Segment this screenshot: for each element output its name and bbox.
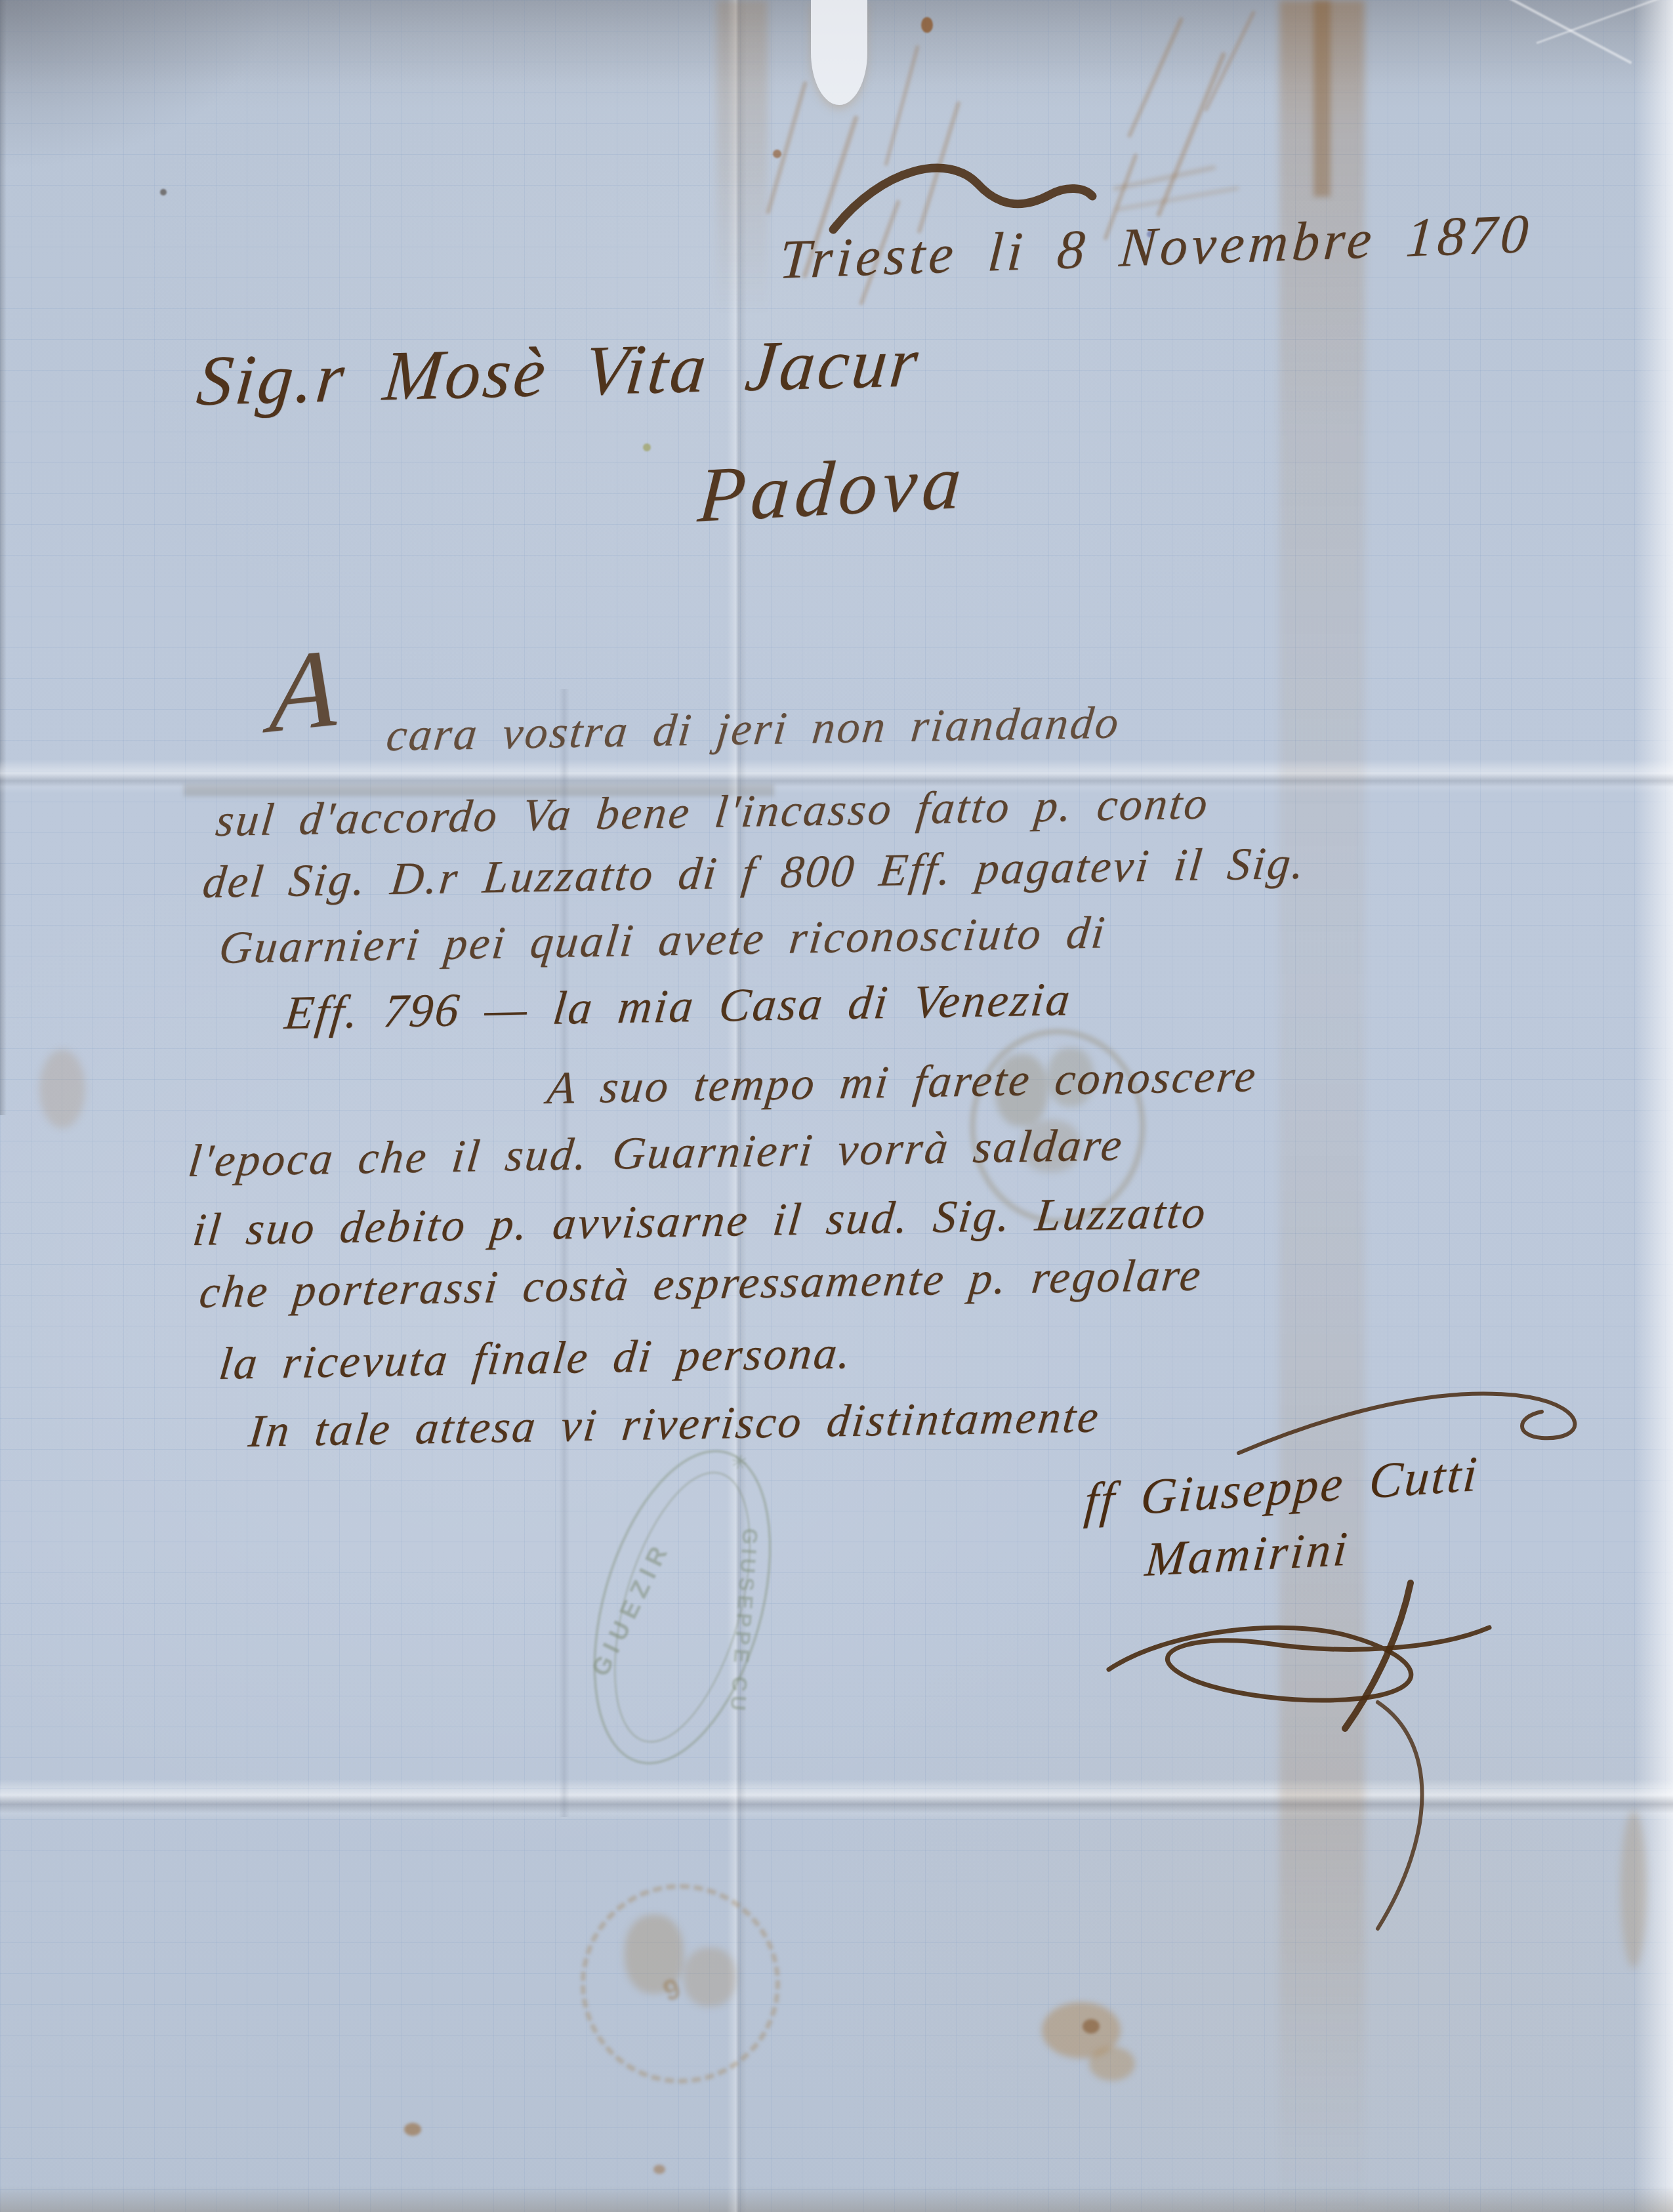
stain-bottom-center	[653, 2165, 665, 2174]
right-crease-stain-core	[1313, 0, 1331, 197]
round-postmark-bottom: 9	[581, 1884, 780, 2083]
postmark-bottom-fragment: 9	[659, 1972, 685, 2008]
letter-scan-page: GIUEZIR GIUSEPPE CU ✳ 9 Trieste li 8 Nov…	[0, 0, 1673, 2212]
dark-speck	[160, 189, 167, 195]
ghost-stroke-1	[1127, 16, 1184, 138]
body-line-1: cara vostra di jeri non riandando	[384, 697, 1123, 762]
signature-paraph	[1069, 1571, 1581, 1938]
ghost-stroke-5	[766, 81, 808, 215]
postmark-bottom-smudge-2	[684, 1948, 736, 2007]
blotch-bottom-right-2	[1089, 2047, 1135, 2081]
stain-bottom-left	[404, 2123, 421, 2136]
olive-speck	[643, 443, 651, 451]
body-line-5: Eff. 796 — la mia Casa di Venezia	[282, 972, 1075, 1040]
rust-speck-right	[773, 150, 781, 158]
center-top-stain	[716, 0, 768, 315]
top-center-scuff-patch	[811, 0, 867, 105]
opening-initial: A	[268, 623, 340, 759]
bottom-edge-shading	[0, 2186, 1673, 2212]
ghost-stroke-3	[1204, 10, 1256, 112]
ghost-word-stroke-2	[1116, 186, 1239, 212]
recipient-city: Padova	[695, 437, 969, 541]
oval-stamp-arc-right-text: GIUSEPPE CU	[726, 1527, 762, 1715]
body-line-8: il suo debito p. avvisarne il sud. Sig. …	[190, 1187, 1210, 1257]
blotch-bottom-right-core	[1083, 2019, 1100, 2034]
closing-line: In tale attesa vi riverisco distintament…	[246, 1391, 1103, 1458]
left-edge-shading	[0, 0, 7, 1115]
body-line-10: la ricevuta finale di persona.	[217, 1327, 855, 1391]
beige-streak-right-fold	[1621, 1811, 1647, 1968]
top-left-shadow	[0, 0, 276, 171]
recipient-line: Sig.r Mosè Vita Jacur	[194, 322, 924, 422]
oval-merchant-stamp: GIUEZIR GIUSEPPE CU ✳	[547, 1418, 817, 1796]
body-line-3: del Sig. D.r Luzzatto di f 800 Eff. paga…	[200, 838, 1308, 909]
body-line-4: Guarnieri pei quali avete riconosciuto d…	[217, 907, 1109, 975]
smear-left-middle	[39, 1050, 85, 1128]
body-line-9: che porterassi costà espressamente p. re…	[197, 1249, 1205, 1319]
rust-speck-top	[921, 17, 933, 33]
body-line-6: A suo tempo mi farete conoscere	[545, 1050, 1260, 1115]
